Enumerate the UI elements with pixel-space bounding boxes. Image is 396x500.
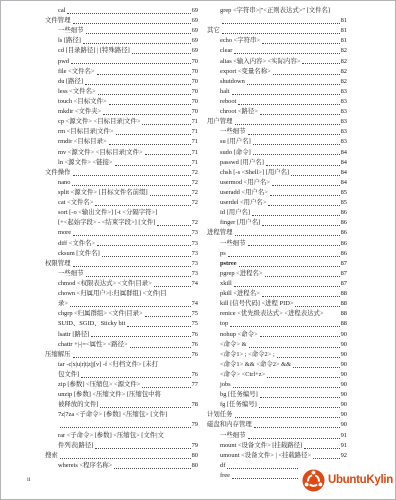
dot-leader bbox=[249, 347, 340, 348]
entry-page-number: 84 bbox=[341, 168, 347, 178]
toc-entry: kill [信号代码] <进程 PID> 88 bbox=[207, 299, 347, 309]
dot-leader bbox=[145, 316, 191, 317]
entry-page-number: 84 bbox=[341, 158, 347, 168]
dot-leader bbox=[262, 43, 340, 44]
toc-entry: passwd [用户名] 84 bbox=[207, 158, 347, 168]
dot-leader bbox=[103, 114, 190, 115]
dot-leader bbox=[262, 296, 340, 297]
entry-label: id [用户名] bbox=[220, 208, 250, 218]
toc-entry: split <源文件> [目标文件名前缀] 72 bbox=[45, 188, 198, 198]
dot-leader bbox=[73, 357, 191, 358]
entry-page-number: 86 bbox=[341, 239, 347, 249]
entry-label: shutdown bbox=[220, 77, 245, 87]
toc-entry: cd [目录路径] | [特殊路径] 69 bbox=[45, 46, 198, 56]
entry-page-number: 71 bbox=[192, 158, 198, 168]
toc-entry: lsattr [路径] 76 bbox=[45, 330, 198, 340]
dot-leader bbox=[234, 286, 340, 287]
toc-section-header: 文件操作 72 bbox=[45, 168, 198, 178]
dot-leader bbox=[253, 144, 340, 145]
toc-entry: cp <源文件> <目标目录|文件> 71 bbox=[45, 117, 198, 127]
entry-label: 被释放的文件] bbox=[58, 400, 98, 410]
entry-page-number: 79 bbox=[192, 441, 198, 451]
entry-page-number: 90 bbox=[341, 350, 347, 360]
toc-entry: finger [用户名] 86 bbox=[207, 218, 347, 228]
toc-entry: chmod <权限表达式> <文件|目录> 74 bbox=[45, 279, 198, 289]
toc-section-header: 进程管理 86 bbox=[207, 228, 347, 238]
toc-entry: halt 83 bbox=[207, 87, 347, 97]
entry-page-number: 81 bbox=[341, 26, 347, 36]
entry-label: su [用户名] bbox=[220, 137, 251, 147]
entry-page-number: 90 bbox=[341, 400, 347, 410]
entry-label: pkill <进程名> bbox=[220, 289, 260, 299]
toc-section-header: 其它 81 bbox=[207, 26, 347, 36]
ubuntukylin-logo: UbuntuKylin bbox=[298, 462, 394, 498]
dot-leader bbox=[259, 407, 340, 408]
entry-label: lsattr [路径] bbox=[58, 330, 89, 340]
entry-label: cat <文件名> bbox=[58, 198, 93, 208]
entry-page-number: 72 bbox=[192, 168, 198, 178]
dot-leader bbox=[248, 134, 340, 135]
toc-entry: 一些细节 69 bbox=[45, 26, 198, 36]
entry-page-number: 88 bbox=[341, 309, 347, 319]
dot-leader bbox=[157, 225, 190, 226]
dot-leader bbox=[233, 387, 340, 388]
entry-label: chgrp <归属群组> <文件|目录> bbox=[58, 309, 143, 319]
entry-page-number: 86 bbox=[341, 218, 347, 228]
dot-leader bbox=[222, 23, 340, 24]
entry-page-number: 74 bbox=[192, 299, 198, 309]
toc-entry: 被释放的文件] 78 bbox=[45, 400, 198, 410]
dot-leader bbox=[102, 256, 191, 257]
entry-page-number: 86 bbox=[341, 228, 347, 238]
toc-entry: rmdir <目标目录> 71 bbox=[45, 137, 198, 147]
entry-label: mv <源文件> <目标目录|文件> bbox=[58, 148, 143, 158]
dot-leader bbox=[252, 215, 340, 216]
entry-page-number: 72 bbox=[192, 188, 198, 198]
dot-leader bbox=[302, 63, 339, 64]
toc-entry: clear 82 bbox=[207, 46, 347, 56]
entry-page-number: 73 bbox=[192, 228, 198, 238]
dot-leader bbox=[73, 266, 191, 267]
entry-page-number: 69 bbox=[192, 16, 198, 26]
entry-page-number: 70 bbox=[192, 77, 198, 87]
toc-page: cal 69 文件管理 69 一些细节 69 ls [路径] 69 cd [目录… bbox=[0, 0, 396, 500]
dot-leader bbox=[260, 336, 340, 337]
dot-leader bbox=[91, 336, 190, 337]
toc-entry: 件列表|路径] 79 bbox=[45, 441, 198, 451]
entry-label: 磁盘和内存管理 bbox=[207, 420, 252, 430]
toc-entry: 7z|7za <子命令> [参数] <压缩包> [文件] bbox=[45, 410, 198, 420]
entry-page-number: 83 bbox=[341, 97, 347, 107]
dot-leader bbox=[86, 33, 191, 34]
entry-label: less <文件名> bbox=[58, 87, 96, 97]
entry-page-number: 85 bbox=[341, 198, 347, 208]
entry-page-number: 84 bbox=[341, 148, 347, 158]
toc-entry: echo <字符串> 81 bbox=[207, 36, 347, 46]
entry-label: 计划任务 bbox=[207, 410, 233, 420]
toc-entry: rar <子命令> [参数] <压缩包> [文件|文 bbox=[45, 431, 198, 441]
toc-entry: diff <文件名> 73 bbox=[45, 239, 198, 249]
toc-entry: renice <优先级表达式> <进程表达式> 88 bbox=[207, 309, 347, 319]
entry-page-number: 91 bbox=[341, 431, 347, 441]
entry-label: ls [路径] bbox=[58, 36, 81, 46]
toc-entry: pwd 70 bbox=[45, 57, 198, 67]
entry-label: free bbox=[220, 471, 230, 481]
entry-label: diff <文件名> bbox=[58, 239, 95, 249]
entry-page-number: 76 bbox=[192, 340, 198, 350]
entry-label: ps bbox=[220, 249, 226, 259]
dot-leader bbox=[230, 326, 339, 327]
entry-page-number: 72 bbox=[192, 218, 198, 228]
entry-page-number: 73 bbox=[192, 249, 198, 259]
dot-leader bbox=[72, 185, 190, 186]
entry-label: 文件操作 bbox=[45, 168, 71, 178]
entry-label: kill [信号代码] <进程 PID> bbox=[220, 299, 293, 309]
toc-entry: <命令1> ; <命令2> ; 90 bbox=[207, 350, 347, 360]
dot-leader bbox=[235, 417, 340, 418]
entry-label: 压缩解压 bbox=[45, 350, 71, 360]
dot-leader bbox=[85, 84, 191, 85]
toc-entry: less <文件名> 70 bbox=[45, 87, 198, 97]
entry-page-number: 77 bbox=[192, 380, 198, 390]
entry-page-number: 70 bbox=[192, 97, 198, 107]
dot-leader bbox=[313, 458, 339, 459]
toc-entry: sudo [命令] 84 bbox=[207, 148, 347, 158]
toc-column-left: cal 69 文件管理 69 一些细节 69 ls [路径] 69 cd [目录… bbox=[45, 6, 198, 471]
entry-page-number: 70 bbox=[192, 57, 198, 67]
entry-label: rm <目标目录|文件> bbox=[58, 127, 114, 137]
toc-entry: pstree 87 bbox=[207, 259, 347, 269]
toc-section-header: 搜索 80 bbox=[45, 451, 198, 461]
dot-leader bbox=[73, 23, 191, 24]
dot-leader bbox=[81, 377, 190, 378]
toc-entry: chattr +|-|=<属性> <路径> 76 bbox=[45, 340, 198, 350]
entry-page-number: 91 bbox=[341, 441, 347, 451]
dot-leader bbox=[268, 205, 339, 206]
entry-page-number: 90 bbox=[341, 330, 347, 340]
entry-label: nano bbox=[58, 178, 70, 188]
entry-label: more bbox=[58, 228, 71, 238]
entry-page-number: 74 bbox=[192, 279, 198, 289]
dot-leader bbox=[239, 266, 340, 267]
entry-label: 一些细节 bbox=[58, 269, 84, 279]
entry-page-number: 73 bbox=[192, 239, 198, 249]
dot-leader bbox=[97, 245, 191, 246]
toc-entry: cal 69 bbox=[45, 6, 198, 16]
dot-leader bbox=[234, 53, 339, 54]
toc-entry: usermod <用户名> 84 bbox=[207, 178, 347, 188]
toc-entry: fg [任务编号] 90 bbox=[207, 400, 347, 410]
dot-leader bbox=[277, 357, 340, 358]
dot-leader bbox=[247, 84, 340, 85]
entry-page-number: 71 bbox=[192, 117, 198, 127]
dot-leader bbox=[114, 468, 190, 469]
entry-page-number: 69 bbox=[192, 46, 198, 56]
entry-label: 搜索 bbox=[45, 451, 58, 461]
toc-entry: chsh [-s <Shell>] [用户名] 84 bbox=[207, 168, 347, 178]
dot-leader bbox=[109, 104, 191, 105]
toc-section-header: 磁盘和内存管理 90 bbox=[207, 420, 347, 430]
toc-entry: grep <字符串>|"<正则表达式>" [文件名] bbox=[207, 6, 347, 16]
dot-leader bbox=[232, 94, 340, 95]
dot-leader bbox=[70, 306, 191, 307]
entry-label: chroot <路径> bbox=[220, 107, 258, 117]
dot-leader bbox=[273, 74, 340, 75]
entry-label: chmod <权限表达式> <文件|目录> bbox=[58, 279, 152, 289]
entry-label: file <文件名> bbox=[58, 67, 95, 77]
toc-entry: whereis <程序名称> 80 bbox=[45, 461, 198, 471]
entry-label: pwd bbox=[58, 57, 69, 67]
entry-label: cal bbox=[58, 6, 65, 16]
dot-leader bbox=[100, 407, 190, 408]
entry-label: rmdir <目标目录> bbox=[58, 137, 107, 147]
entry-page-number: 83 bbox=[341, 137, 347, 147]
entry-page-number: 90 bbox=[341, 390, 347, 400]
entry-label: nohup <命令> bbox=[220, 330, 258, 340]
entry-label: touch <目标文件> bbox=[58, 97, 107, 107]
entry-label: pgrep <进程名> bbox=[220, 269, 263, 279]
entry-label: pstree bbox=[220, 259, 237, 269]
toc-entry: jobs 90 bbox=[207, 380, 347, 390]
entry-label: 7z|7za <子命令> [参数] <压缩包> [文件] bbox=[58, 410, 167, 420]
dot-leader bbox=[86, 276, 191, 277]
entry-label: userdel <用户名> bbox=[220, 198, 266, 208]
entry-label: 用户管理 bbox=[207, 117, 233, 127]
entry-label: 录> bbox=[58, 299, 68, 309]
entry-label: passwd [用户名] bbox=[220, 158, 264, 168]
toc-entry: top 88 bbox=[207, 319, 347, 329]
toc-entry: su [用户名] 83 bbox=[207, 137, 347, 147]
dot-leader bbox=[97, 74, 191, 75]
entry-label: <命令1> ; <命令2> ; bbox=[220, 350, 275, 360]
entry-label: tar -c|x|u|r|t|z|j[v] -f <归档文件> [未打 bbox=[58, 360, 158, 370]
entry-page-number: 71 bbox=[192, 148, 198, 158]
entry-page-number: 72 bbox=[192, 178, 198, 188]
entry-label: clear bbox=[220, 46, 232, 56]
toc-entry: mkdir <文件夹> 70 bbox=[45, 107, 198, 117]
toc-entry: pkill <进程名> 88 bbox=[207, 289, 347, 299]
entry-page-number: 79 bbox=[192, 420, 198, 430]
dot-leader bbox=[98, 94, 191, 95]
dot-leader bbox=[222, 33, 340, 34]
entry-page-number: 78 bbox=[192, 400, 198, 410]
entry-label: grep <字符串>|"<正则表达式>" [文件名] bbox=[220, 6, 330, 16]
entry-label: 进程管理 bbox=[207, 228, 233, 238]
entry-label: top bbox=[220, 319, 228, 329]
entry-label: 文件管理 bbox=[45, 16, 71, 26]
entry-label: mount <设备文件> [挂载路径] bbox=[220, 441, 302, 451]
entry-label: rar <子命令> [参数] <压缩包> [文件|文 bbox=[58, 431, 164, 441]
entry-page-number: 83 bbox=[341, 127, 347, 137]
toc-section-header: 计划任务 90 bbox=[207, 410, 347, 420]
entry-label: whereis <程序名称> bbox=[58, 461, 112, 471]
toc-entry: touch <目标文件> 70 bbox=[45, 97, 198, 107]
toc-entry: chroot <路径> 83 bbox=[207, 107, 347, 117]
entry-label: <命令1> && <命令2> && bbox=[220, 360, 291, 370]
entry-page-number: 81 bbox=[341, 36, 347, 46]
entry-label: renice <优先级表达式> <进程表达式> bbox=[220, 309, 324, 319]
toc-entry: id [用户名] 86 bbox=[207, 208, 347, 218]
entry-label: 一些细节 bbox=[58, 26, 84, 36]
entry-page-number: 86 bbox=[341, 249, 347, 259]
dot-leader bbox=[248, 245, 340, 246]
entry-label: useradd <用户名> bbox=[220, 188, 268, 198]
toc-entry: mv <源文件> <目标目录|文件> 71 bbox=[45, 148, 198, 158]
dot-leader bbox=[291, 175, 339, 176]
dot-leader bbox=[265, 276, 340, 277]
dot-leader bbox=[109, 144, 191, 145]
dot-leader bbox=[116, 134, 191, 135]
entry-page-number: 90 bbox=[341, 380, 347, 390]
toc-entry: ls [路径] 69 bbox=[45, 36, 198, 46]
toc-section-header: 压缩解压 76 bbox=[45, 350, 198, 360]
toc-entry: ps 86 bbox=[207, 249, 347, 259]
entry-label: finger [用户名] bbox=[220, 218, 260, 228]
toc-entry: useradd <用户名> 85 bbox=[207, 188, 347, 198]
toc-entry: ln <源文件> <链接> 71 bbox=[45, 158, 198, 168]
toc-entry: unzip [参数] <压缩文件> [压缩包中将 bbox=[45, 390, 198, 400]
toc-column-right: grep <字符串>|"<正则表达式>" [文件名] 81 其它 81 echo… bbox=[207, 6, 347, 481]
entry-label: SUID、SGID、Sticky bit bbox=[58, 319, 125, 329]
dot-leader bbox=[260, 397, 340, 398]
dot-leader bbox=[270, 195, 340, 196]
dot-leader bbox=[235, 235, 340, 236]
toc-entry: SUID、SGID、Sticky bit 75 bbox=[45, 319, 198, 329]
toc-entry: tar -c|x|u|r|t|z|j[v] -f <归档文件> [未打 bbox=[45, 360, 198, 370]
toc-entry: file <文件名> 70 bbox=[45, 67, 198, 77]
toc-entry: mount <设备文件> [挂载路径] 91 bbox=[207, 441, 347, 451]
entry-page-number: 83 bbox=[341, 87, 347, 97]
dot-leader bbox=[73, 175, 191, 176]
entry-page-number: 82 bbox=[341, 46, 347, 56]
entry-label: fg [任务编号] bbox=[220, 400, 257, 410]
toc-entry: <命令> <Ctrl+z> 90 bbox=[207, 370, 347, 380]
toc-entry: 一些细节 91 bbox=[207, 431, 347, 441]
dot-leader bbox=[228, 256, 340, 257]
toc-section-header: 文件管理 69 bbox=[45, 16, 198, 26]
toc-entry: chgrp <归属群组> <文件|目录> 75 bbox=[45, 309, 198, 319]
toc-entry: 包文件] 76 bbox=[45, 370, 198, 380]
dot-leader bbox=[266, 165, 340, 166]
toc-entry: 79 bbox=[45, 420, 198, 430]
dot-leader bbox=[304, 448, 339, 449]
entry-page-number: 90 bbox=[341, 360, 347, 370]
toc-entry: alias <输入内容> <实际内容> 82 bbox=[207, 57, 347, 67]
entry-page-number: 75 bbox=[192, 319, 198, 329]
entry-label: 其它 bbox=[207, 26, 220, 36]
dot-leader bbox=[95, 448, 190, 449]
entry-page-number: 73 bbox=[192, 269, 198, 279]
toc-entry: sort [-o <输出文件>] [-t <分隔字符>] bbox=[45, 208, 198, 218]
entry-label: <命令> <Ctrl+z> bbox=[220, 370, 265, 380]
entry-page-number: 71 bbox=[192, 127, 198, 137]
entry-page-number: 88 bbox=[341, 299, 347, 309]
toc-entry: xkill 87 bbox=[207, 279, 347, 289]
dot-leader bbox=[235, 124, 340, 125]
entry-page-number: 72 bbox=[192, 198, 198, 208]
ubuntukylin-wordmark: UbuntuKylin bbox=[328, 474, 393, 486]
entry-label: unzip [参数] <压缩文件> [压缩包中将 bbox=[58, 390, 161, 400]
toc-entry: cksum [文件名] 73 bbox=[45, 249, 198, 259]
entry-page-number: 82 bbox=[341, 77, 347, 87]
entry-page-number: 90 bbox=[341, 370, 347, 380]
dot-leader bbox=[71, 63, 191, 64]
entry-label: export <变量名称> bbox=[220, 67, 271, 77]
entry-label: 包文件] bbox=[58, 370, 79, 380]
entry-page-number: 73 bbox=[192, 259, 198, 269]
entry-page-number: 92 bbox=[341, 451, 347, 461]
toc-entry: chown <归属用户>[:归属群组] <文件|目 bbox=[45, 289, 198, 299]
entry-page-number: 76 bbox=[192, 350, 198, 360]
entry-page-number: 71 bbox=[192, 137, 198, 147]
entry-label: jobs bbox=[220, 380, 231, 390]
dot-leader bbox=[95, 205, 190, 206]
toc-section-header: 权限管理 73 bbox=[45, 259, 198, 269]
entry-label: xkill bbox=[220, 279, 232, 289]
entry-label: <命令> & bbox=[220, 340, 247, 350]
entry-page-number: 82 bbox=[341, 67, 347, 77]
entry-page-number: 83 bbox=[341, 107, 347, 117]
entry-label: sort [-o <输出文件>] [-t <分隔字符>] bbox=[58, 208, 157, 218]
ubuntu-circle-of-friends-icon bbox=[302, 469, 325, 492]
dot-leader bbox=[295, 306, 339, 307]
entry-page-number: 90 bbox=[341, 340, 347, 350]
toc-entry: 一些细节 73 bbox=[45, 269, 198, 279]
entry-label: umount <设备文件> | <挂载路径> bbox=[220, 451, 311, 461]
dot-leader bbox=[238, 104, 339, 105]
page-number-footer: ii bbox=[27, 476, 31, 483]
dot-leader bbox=[83, 43, 191, 44]
toc-entry: du [路径] 70 bbox=[45, 77, 198, 87]
entry-page-number: 69 bbox=[192, 6, 198, 16]
toc-entry: export <变量名称> 82 bbox=[207, 67, 347, 77]
entry-label: reboot bbox=[220, 97, 236, 107]
toc-entry: [+<起始字段> - <结束字段>] [文件] 72 bbox=[45, 218, 198, 228]
entry-label: 一些细节 bbox=[220, 431, 246, 441]
toc-entry: 一些细节 83 bbox=[207, 127, 347, 137]
entry-page-number: 80 bbox=[192, 451, 198, 461]
toc-entry: shutdown 82 bbox=[207, 77, 347, 87]
entry-label: halt bbox=[220, 87, 230, 97]
entry-page-number: 90 bbox=[341, 410, 347, 420]
entry-label: usermod <用户名> bbox=[220, 178, 270, 188]
entry-label: sudo [命令] bbox=[220, 148, 251, 158]
dot-leader bbox=[262, 225, 339, 226]
entry-label: cp <源文件> <目标目录|文件> bbox=[58, 117, 140, 127]
entry-label: mkdir <文件夹> bbox=[58, 107, 101, 117]
toc-entry: <命令> & 90 bbox=[207, 340, 347, 350]
entry-page-number: 85 bbox=[341, 188, 347, 198]
entry-page-number: 69 bbox=[192, 26, 198, 36]
toc-entry: bg [任务编号] 90 bbox=[207, 390, 347, 400]
entry-label: chsh [-s <Shell>] [用户名] bbox=[220, 168, 289, 178]
dot-leader bbox=[253, 154, 340, 155]
dot-leader bbox=[293, 367, 340, 368]
dot-leader bbox=[150, 195, 191, 196]
entry-label: ln <源文件> <链接> bbox=[58, 158, 113, 168]
toc-entry: cat <文件名> 72 bbox=[45, 198, 198, 208]
entry-page-number: 82 bbox=[341, 57, 347, 67]
toc-section-header: 用户管理 83 bbox=[207, 117, 347, 127]
dot-leader bbox=[254, 427, 340, 428]
dot-leader bbox=[154, 286, 191, 287]
toc-entry: rm <目标目录|文件> 71 bbox=[45, 127, 198, 137]
entry-label: cksum [文件名] bbox=[58, 249, 100, 259]
entry-page-number: 87 bbox=[341, 259, 347, 269]
entry-label: zip [参数] <压缩包> <源文件> bbox=[58, 380, 140, 390]
dot-leader bbox=[115, 165, 191, 166]
entry-label: bg [任务编号] bbox=[220, 390, 258, 400]
